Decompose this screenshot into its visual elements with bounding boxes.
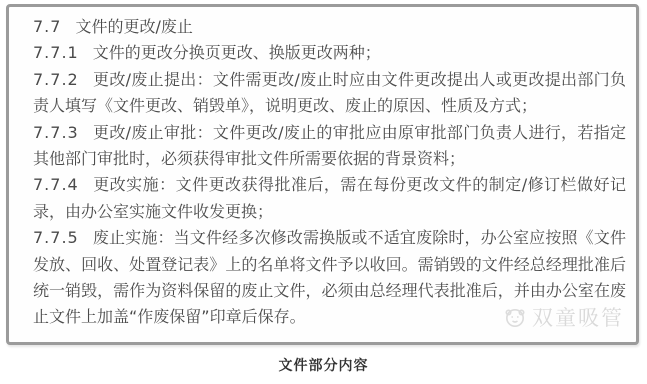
clause-paragraph: 7.7.1文件的更改分换页更改、换版更改两种； xyxy=(33,40,626,66)
clause-number: 7.7.5 xyxy=(33,228,79,247)
section-text: 文件的更改/废止 xyxy=(75,17,192,36)
section-number: 7.7 xyxy=(33,17,61,36)
clause-number: 7.7.4 xyxy=(33,175,79,194)
document-excerpt-box: 7.7文件的更改/废止 7.7.1文件的更改分换页更改、换版更改两种； 7.7.… xyxy=(6,4,639,345)
clause-text: 更改实施：文件更改获得批准后，需在每份更改文件的制定/修订栏做好记录，由办公室实… xyxy=(33,175,626,220)
clause-text: 文件的更改分换页更改、换版更改两种； xyxy=(93,43,381,62)
clause-paragraph: 7.7.3更改/废止审批：文件更改/废止的审批应由原审批部门负责人进行，若指定其… xyxy=(33,120,626,173)
clause-number: 7.7.2 xyxy=(33,70,79,89)
clause-text: 废止实施：当文件经多次修改需换版或不适宜废除时，办公室应按照《文件发放、回收、处… xyxy=(33,228,626,326)
clause-number: 7.7.1 xyxy=(33,43,79,62)
image-caption: 文件部分内容 xyxy=(0,355,647,375)
clause-paragraph: 7.7.5废止实施：当文件经多次修改需换版或不适宜废除时，办公室应按照《文件发放… xyxy=(33,225,626,331)
clause-text: 更改/废止审批：文件更改/废止的审批应由原审批部门负责人进行，若指定其他部门审批… xyxy=(33,123,626,168)
clause-paragraph: 7.7.2更改/废止提出：文件需更改/废止时应由文件更改提出人或更改提出部门负责… xyxy=(33,67,626,120)
clause-text: 更改/废止提出：文件需更改/废止时应由文件更改提出人或更改提出部门负责人填写《文… xyxy=(33,70,626,115)
section-heading: 7.7文件的更改/废止 xyxy=(33,14,626,40)
article-image: 7.7文件的更改/废止 7.7.1文件的更改分换页更改、换版更改两种； 7.7.… xyxy=(0,0,647,384)
clause-number: 7.7.3 xyxy=(33,123,79,142)
clause-paragraph: 7.7.4更改实施：文件更改获得批准后，需在每份更改文件的制定/修订栏做好记录，… xyxy=(33,172,626,225)
